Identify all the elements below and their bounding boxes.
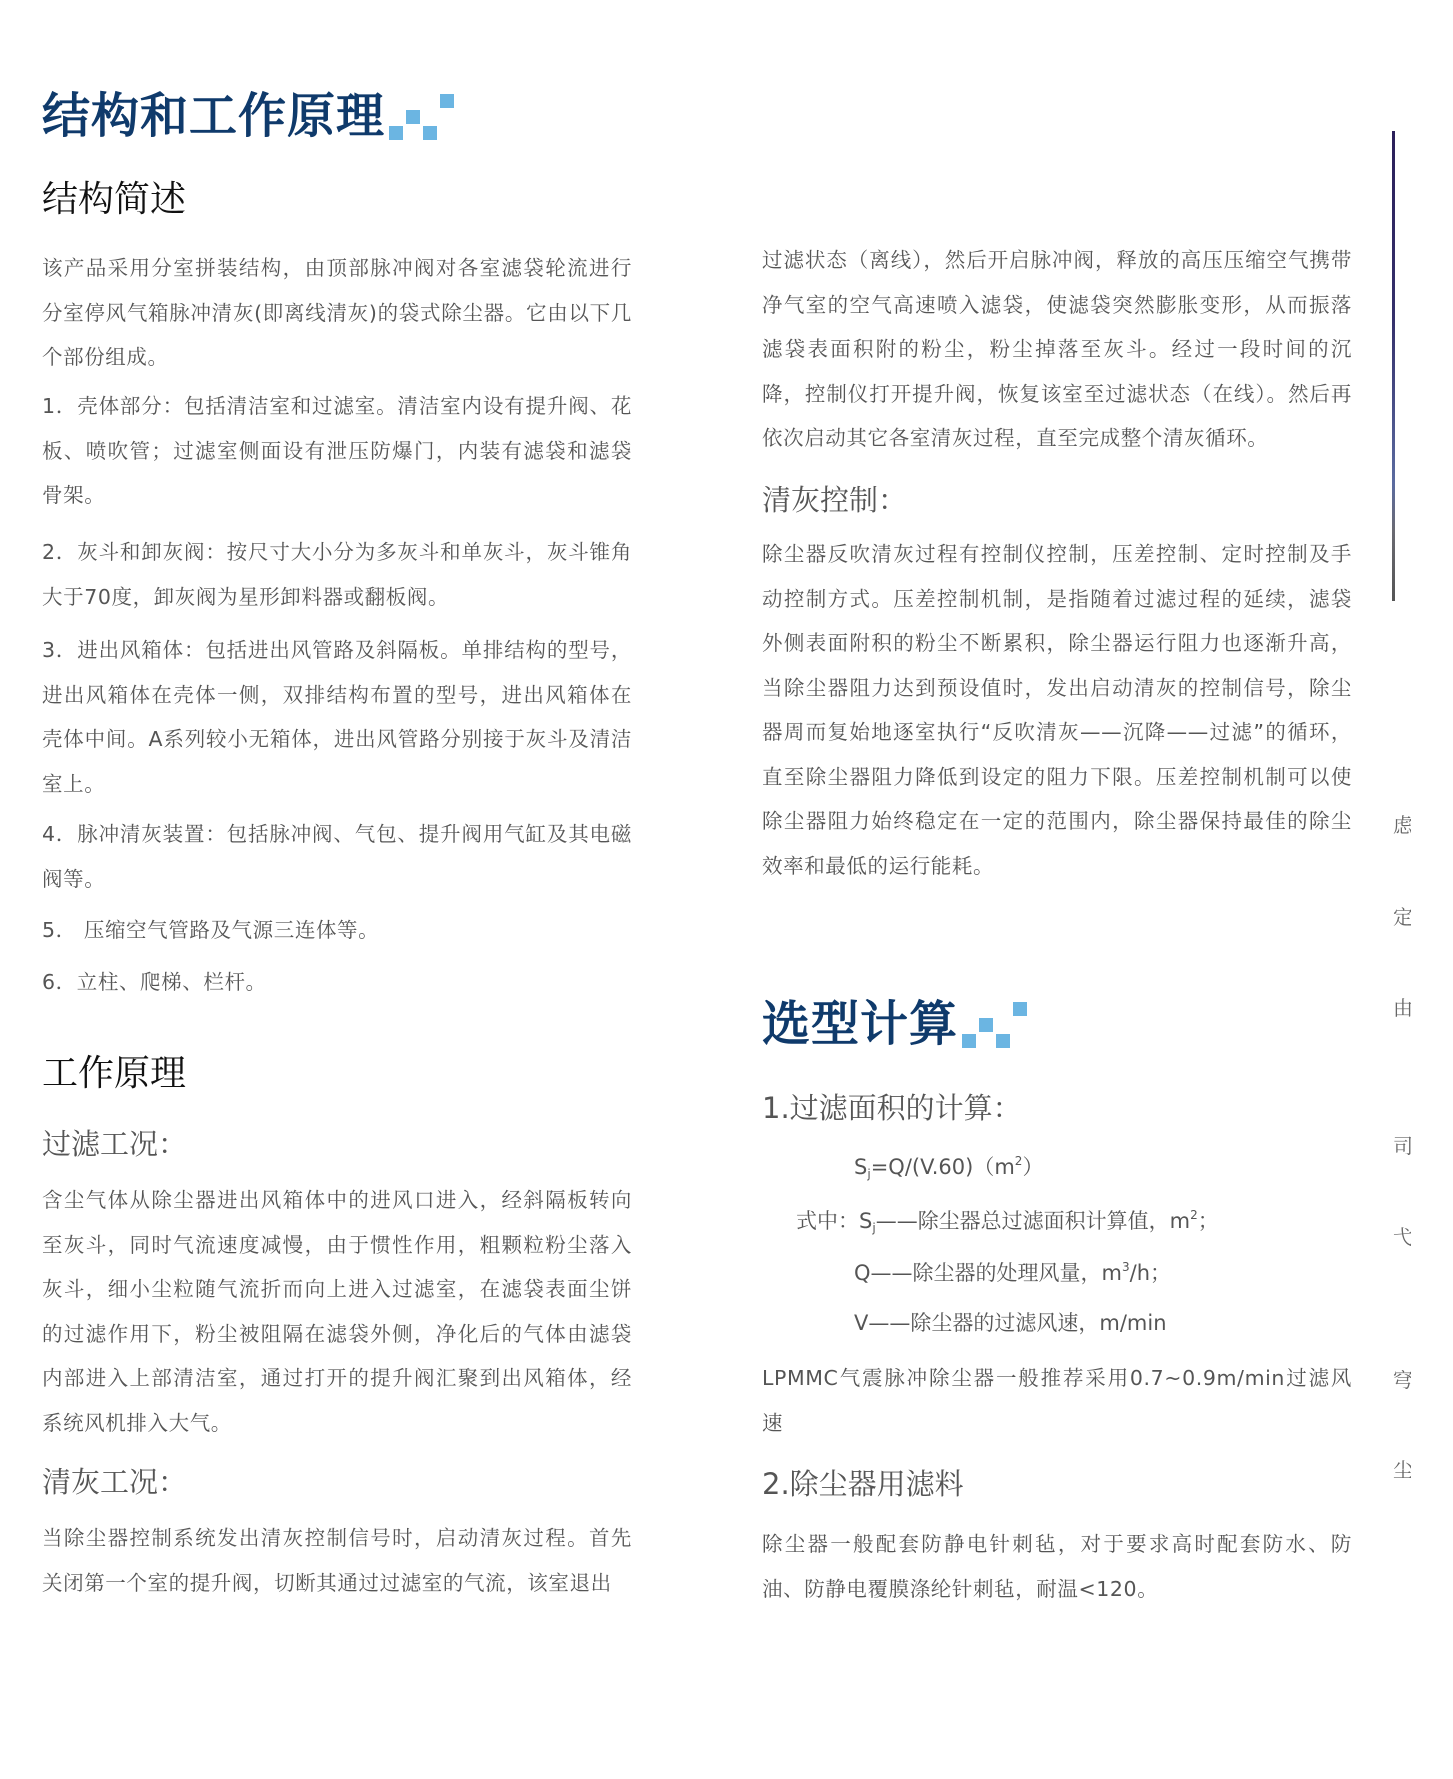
heading-cleaning-control: 清灰控制： (762, 486, 907, 515)
heading-cleaning-condition: 清灰工况： (42, 1468, 187, 1497)
filter-material-text: 除尘器一般配套防静电针刺毡，对于要求高时配套防水、防油、防静电覆膜涤纶针刺毡，耐… (762, 1522, 1352, 1611)
formula-definition-v: V——除尘器的过滤风速，m/min (854, 1313, 1167, 1334)
recommended-velocity-text: LPMMC气震脉冲除尘器一般推荐采用0.7~0.9m/min过滤风速 (762, 1356, 1352, 1445)
cleaning-control-text: 除尘器反吹清灰过程有控制仪控制，压差控制、定时控制及手动控制方式。压差控制机制，… (762, 532, 1352, 888)
section-title-selection: 选型计算 (762, 1000, 1028, 1048)
section-title-text: 选型计算 (762, 1000, 958, 1048)
formula-definition-sj: 式中：Sj——除尘器总过滤面积计算值，m2； (796, 1209, 1219, 1234)
structure-item-4: 4．脉冲清灰装置：包括脉冲阀、气包、提升阀用气缸及其电磁阀等。 (42, 812, 632, 901)
clipped-char: 虑 (1393, 815, 1411, 835)
clipped-char: 弋 (1393, 1227, 1411, 1247)
heading-working-principle: 工作原理 (42, 1056, 186, 1092)
cleaning-text-continued: 过滤状态（离线），然后开启脉冲阀，释放的高压压缩空气携带净气室的空气高速喷入滤袋… (762, 238, 1352, 461)
clipped-char: 定 (1393, 907, 1411, 927)
heading-filtering-condition: 过滤工况： (42, 1130, 187, 1159)
heading-structure-overview: 结构简述 (42, 182, 186, 218)
structure-intro: 该产品采用分室拼装结构，由顶部脉冲阀对各室滤袋轮流进行分室停风气箱脉冲清灰(即离… (42, 246, 632, 380)
clipped-char: 尘 (1393, 1460, 1411, 1480)
section-title-structure-principle: 结构和工作原理 (42, 92, 455, 140)
clipped-char: 由 (1393, 998, 1411, 1018)
structure-item-6: 6．立柱、爬梯、栏杆。 (42, 960, 632, 1005)
clipped-char: 司 (1393, 1136, 1411, 1156)
section-title-text: 结构和工作原理 (42, 92, 385, 140)
filtering-text: 含尘气体从除尘器进出风箱体中的进风口进入，经斜隔板转向至灰斗，同时气流速度减慢，… (42, 1178, 632, 1445)
clipped-char: 穹 (1393, 1370, 1411, 1390)
vertical-divider-line (1392, 131, 1395, 601)
structure-item-5: 5． 压缩空气管路及气源三连体等。 (42, 908, 632, 953)
structure-item-3: 3．进出风箱体：包括进出风管路及斜隔板。单排结构的型号，进出风箱体在壳体一侧，双… (42, 628, 632, 806)
structure-item-2: 2．灰斗和卸灰阀：按尺寸大小分为多灰斗和单灰斗，灰斗锥角大于70度，卸灰阀为星形… (42, 530, 632, 619)
decorative-squares-icon (962, 1000, 1028, 1048)
decorative-squares-icon (389, 92, 455, 140)
cleaning-text: 当除尘器控制系统发出清灰控制信号时，启动清灰过程。首先关闭第一个室的提升阀，切断… (42, 1516, 632, 1605)
structure-item-1: 1．壳体部分：包括清洁室和过滤室。清洁室内设有提升阀、花板、喷吹管；过滤室侧面设… (42, 384, 632, 518)
filter-area-formula: Sj=Q/(V.60)（m2） (854, 1155, 1043, 1180)
heading-filter-area-calc: 1.过滤面积的计算： (762, 1094, 1022, 1123)
heading-filter-material: 2.除尘器用滤料 (762, 1470, 964, 1499)
formula-definition-q: Q——除尘器的处理风量，m3/h； (854, 1261, 1171, 1284)
